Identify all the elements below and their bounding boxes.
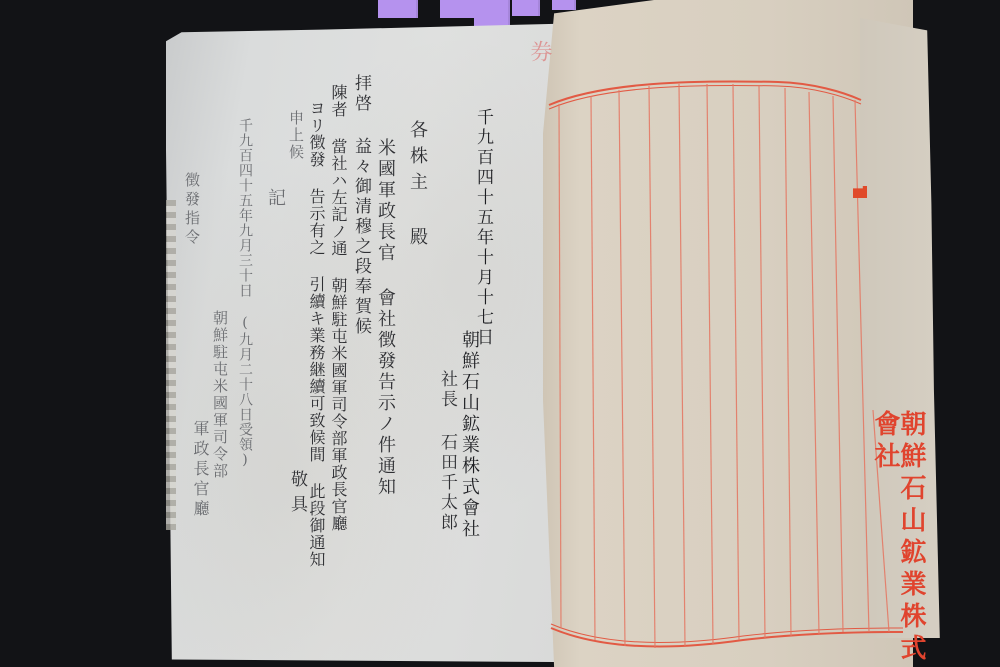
addressee: 各株主 殿	[408, 120, 426, 253]
bookmark-tab	[440, 0, 478, 18]
section-mark: 記	[266, 188, 284, 208]
sender-company: 朝鮮石山鉱業株式會社	[460, 330, 478, 540]
note-date: 千九百四十五年九月三十日 (九月二十八日受領)	[238, 118, 252, 469]
bookmark-tab	[378, 0, 418, 18]
left-page-worn-edge	[166, 200, 176, 530]
red-seal-mark: 券	[528, 40, 550, 62]
letter-date: 千九百四十五年十月十七日	[474, 108, 491, 348]
subject-line: 米國軍政長官 會社徴發告示ノ件通知	[376, 138, 394, 498]
body-line-1: 拝啓 益々御清穆之段奉賀候	[352, 74, 369, 337]
note-order: 徴發指令	[184, 172, 199, 248]
bookmark-tab	[512, 0, 540, 16]
body-line-2: 陳者 當社ハ左記ノ通 朝鮮駐屯米國軍司令部軍政長官廳	[330, 84, 346, 532]
sender-name: 社長 石田千太郎	[438, 370, 455, 533]
body-line-3: ヨリ徴發 告示有之 引續キ業務継續可致候間 此段御通知	[308, 100, 324, 568]
closing: 敬具	[288, 470, 305, 520]
body-line-4: 申上候	[288, 110, 303, 161]
document-photo: 朝鮮石山鉱業株式會社 券 千九百四十五年十月十七日 朝鮮石山鉱業株式會社 社長 …	[0, 0, 1000, 667]
note-office: 軍政長官廳	[192, 420, 208, 520]
company-stamp: 朝鮮石山鉱業株式會社	[872, 410, 924, 667]
note-command: 朝鮮駐屯米國軍司令部	[212, 310, 227, 480]
